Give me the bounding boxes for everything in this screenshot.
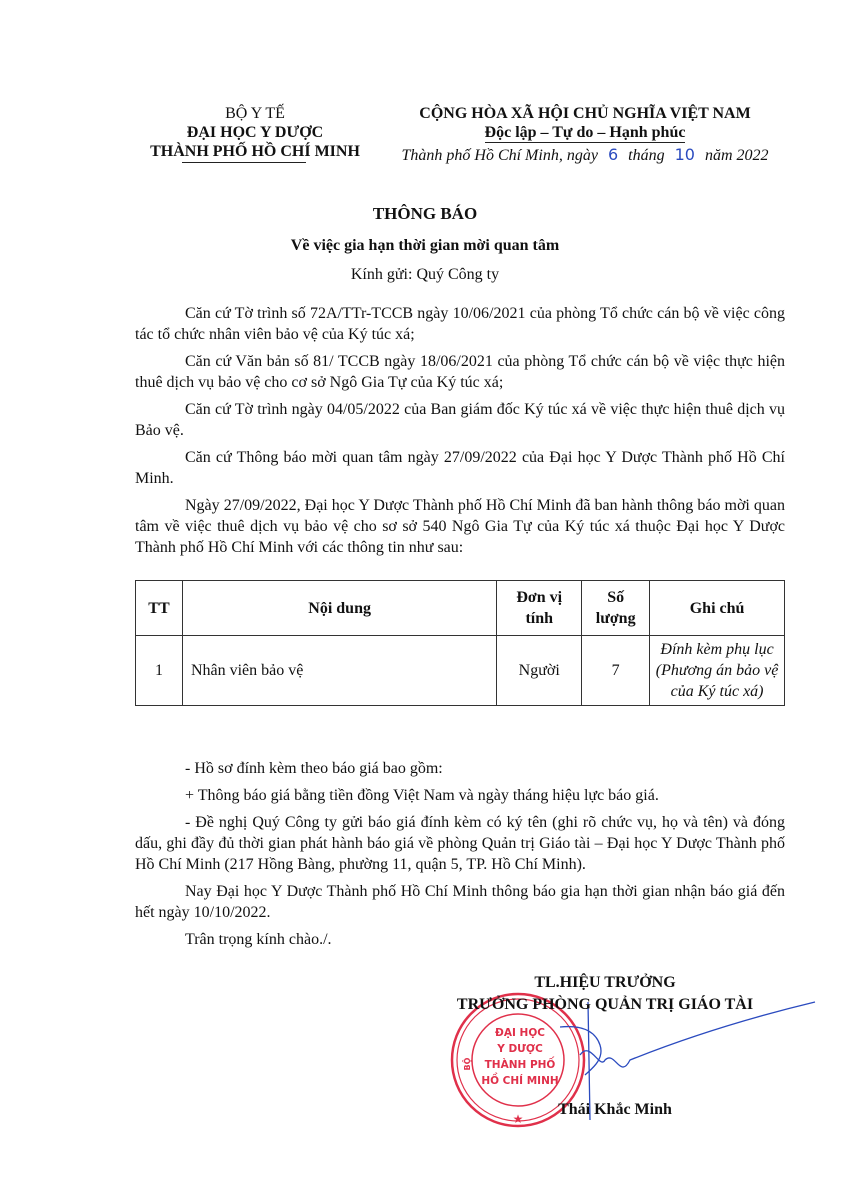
paragraph: + Thông báo giá bằng tiền đồng Việt Nam … <box>135 785 785 806</box>
col-header-tt: TT <box>136 581 183 636</box>
svg-text:Y DƯỢC: Y DƯỢC <box>496 1043 543 1055</box>
issue-date: Thành phố Hồ Chí Minh, ngày 6 tháng 10 n… <box>380 145 790 165</box>
col-header-quantity: Số lượng <box>582 581 650 636</box>
svg-text:THÀNH PHỐ: THÀNH PHỐ <box>485 1056 556 1071</box>
document-recipient: Kính gửi: Quý Công ty <box>0 266 850 284</box>
date-prefix: Thành phố Hồ Chí Minh, ngày <box>401 147 597 164</box>
nation-name: CỘNG HÒA XÃ HỘI CHỦ NGHĨA VIỆT NAM <box>380 104 790 123</box>
signatory-name: Thái Khắc Minh <box>430 1101 800 1119</box>
table-header-row: TT Nội dung Đơn vị tính Số lượng Ghi chú <box>136 581 785 636</box>
paragraph: - Hồ sơ đính kèm theo báo giá bao gồm: <box>135 758 785 779</box>
date-day: 6 <box>602 145 624 164</box>
svg-text:HỒ CHÍ MINH: HỒ CHÍ MINH <box>481 1072 558 1087</box>
cell-note: Đính kèm phụ lục (Phương án bảo vệ của K… <box>650 636 785 706</box>
svg-text:BỘ: BỘ <box>462 1057 472 1070</box>
service-table: TT Nội dung Đơn vị tính Số lượng Ghi chú… <box>135 580 785 706</box>
date-month: 10 <box>669 145 701 164</box>
cell-content: Nhân viên bảo vệ <box>182 636 496 706</box>
document-heading: THÔNG BÁO <box>0 204 850 224</box>
paragraph: Căn cứ Tờ trình ngày 04/05/2022 của Ban … <box>135 399 785 441</box>
national-header: CỘNG HÒA XÃ HỘI CHỦ NGHĨA VIỆT NAM Độc l… <box>380 104 790 165</box>
paragraph: Căn cứ Văn bản số 81/ TCCB ngày 18/06/20… <box>135 351 785 393</box>
agency-underline <box>182 162 306 163</box>
cell-unit: Người <box>497 636 582 706</box>
issuing-agency: BỘ Y TẾ ĐẠI HỌC Y DƯỢC THÀNH PHỐ HỒ CHÍ … <box>130 104 380 161</box>
col-header-content: Nội dung <box>182 581 496 636</box>
paragraph: Ngày 27/09/2022, Đại học Y Dược Thành ph… <box>135 495 785 558</box>
university-city: THÀNH PHỐ HỒ CHÍ MINH <box>130 142 380 161</box>
paragraph: Nay Đại học Y Dược Thành phố Hồ Chí Minh… <box>135 881 785 923</box>
col-header-note: Ghi chú <box>650 581 785 636</box>
signatory-title: TRƯỞNG PHÒNG QUẢN TRỊ GIÁO TÀI <box>420 996 790 1014</box>
date-month-label: tháng <box>628 147 664 164</box>
paragraph: - Đề nghị Quý Công ty gửi báo giá đính k… <box>135 812 785 875</box>
document-page: BỘ Y TẾ ĐẠI HỌC Y DƯỢC THÀNH PHỐ HỒ CHÍ … <box>0 0 850 1200</box>
paragraph: Căn cứ Thông báo mời quan tâm ngày 27/09… <box>135 447 785 489</box>
paragraph: Căn cứ Tờ trình số 72A/TTr-TCCB ngày 10/… <box>135 303 785 345</box>
document-subject: Về việc gia hạn thời gian mời quan tâm <box>0 237 850 255</box>
cell-quantity: 7 <box>582 636 650 706</box>
col-header-unit: Đơn vị tính <box>497 581 582 636</box>
national-motto: Độc lập – Tự do – Hạnh phúc <box>485 124 686 143</box>
body-paragraphs: Căn cứ Tờ trình số 72A/TTr-TCCB ngày 10/… <box>135 303 785 564</box>
closing-paragraphs: - Hồ sơ đính kèm theo báo giá bao gồm: +… <box>135 758 785 956</box>
table-row: 1 Nhân viên bảo vệ Người 7 Đính kèm phụ … <box>136 636 785 706</box>
ministry-name: BỘ Y TẾ <box>130 104 380 123</box>
signatory-authority: TL.HIỆU TRƯỞNG <box>420 974 790 992</box>
cell-tt: 1 <box>136 636 183 706</box>
date-year: năm 2022 <box>705 147 769 164</box>
paragraph: Trân trọng kính chào./. <box>135 929 785 950</box>
university-name: ĐẠI HỌC Y DƯỢC <box>130 123 380 142</box>
svg-text:ĐẠI HỌC: ĐẠI HỌC <box>495 1027 545 1039</box>
